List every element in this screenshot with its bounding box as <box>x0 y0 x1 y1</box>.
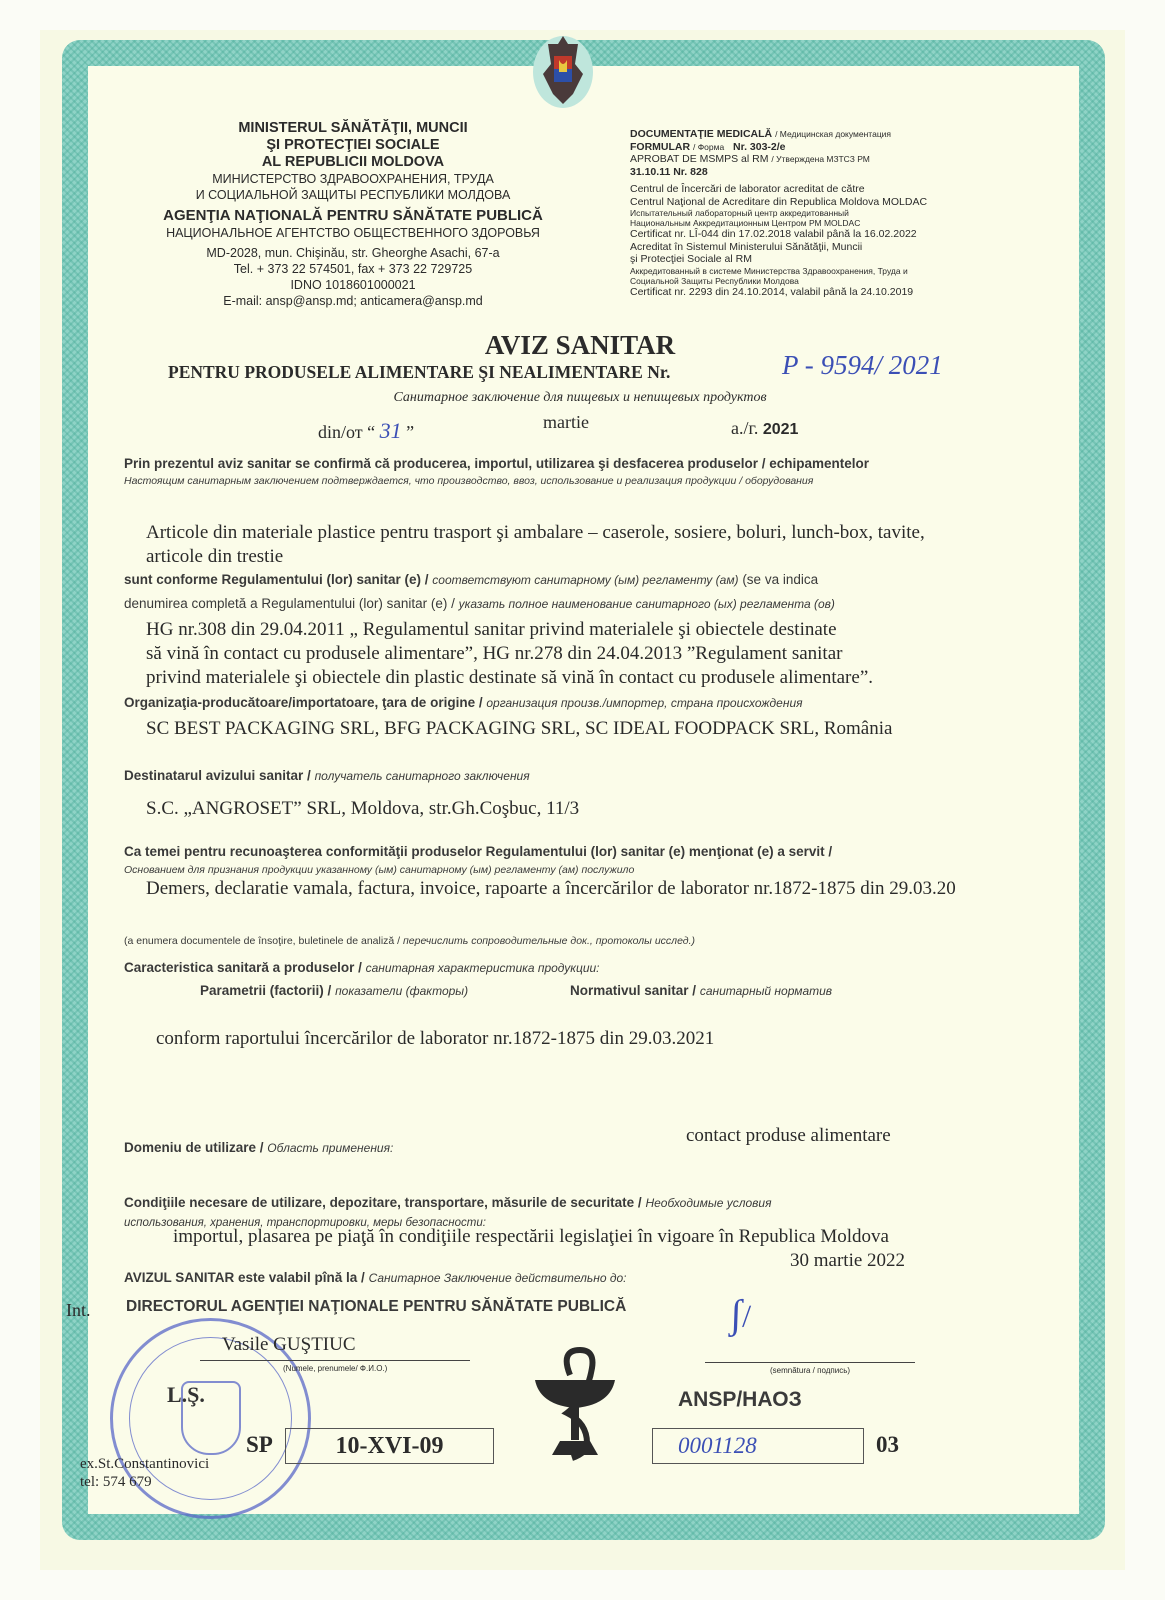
domain-label: Domeniu de utilizare / Область применени… <box>124 1140 393 1155</box>
agency-contacts: MD-2028, mun. Chişinău, str. Gheorghe As… <box>118 245 588 309</box>
producer-value: SC BEST PACKAGING SRL, BFG PACKAGING SRL… <box>146 718 892 740</box>
ministry-name-ro: MINISTERUL SĂNĂTĂŢII, MUNCII ŞI PROTECŢI… <box>118 120 588 171</box>
issuer-header: MINISTERUL SĂNĂTĂŢII, MUNCII ŞI PROTECŢI… <box>118 120 588 309</box>
series-number: 10-XVI-09 <box>336 1433 444 1459</box>
moldova-coat-of-arms-icon <box>533 30 593 110</box>
regulations: HG nr.308 din 29.04.2011 „ Regulamentul … <box>146 618 873 690</box>
products-description-cont: articole din trestie <box>146 546 283 568</box>
products-description: Articole din materiale plastice pentru t… <box>146 522 1076 544</box>
ministry-name-ru: МИНИСТЕРСТВО ЗДРАВООХРАНЕНИЯ, ТРУДА И СО… <box>118 171 588 203</box>
characteristic-label: Caracteristica sanitară a produselor / с… <box>124 960 600 975</box>
valid-until-label: AVIZUL SANITAR este valabil pînă la / Са… <box>124 1270 626 1285</box>
ansp-code: ANSP/НАОЗ <box>678 1388 802 1412</box>
form-number: Nr. 303-2/e <box>733 141 786 153</box>
director-title: DIRECTORUL AGENŢIEI NAŢIONALE PENTRU SĂN… <box>126 1298 626 1316</box>
domain-value: contact produse alimentare <box>686 1125 891 1147</box>
basis-label: Ca temei pentru recunoaşterea conformită… <box>124 844 1054 859</box>
conformity-label-2: denumirea completă a Regulamentului (lor… <box>124 596 1054 611</box>
director-name: Vasile GUŞTIUC <box>222 1334 356 1356</box>
recipient-value: S.C. „ANGROSET” SRL, Moldova, str.Gh.Coş… <box>146 798 579 820</box>
stamp-ls-label: L.Ş. <box>167 1382 205 1408</box>
issue-month: martie <box>543 412 589 433</box>
int-mark: Int. <box>66 1300 91 1321</box>
characteristic-value: conform raportului încercărilor de labor… <box>156 1028 714 1050</box>
confirm-label-ru: Настоящим санитарным заключением подтвер… <box>124 475 1044 487</box>
issue-year: 2021 <box>763 421 799 438</box>
certificate-number: P - 9594/ 2021 <box>782 350 943 381</box>
document-title: AVIZ SANITAR <box>380 330 780 361</box>
conditions-label: Condiţiile necesare de utilizare, depozi… <box>124 1195 1054 1210</box>
issue-day: 31 <box>380 418 402 443</box>
valid-until-value: 30 martie 2022 <box>790 1250 905 1272</box>
producer-label: Organizaţia-producătoare/importatoare, ţ… <box>124 695 1054 710</box>
signature-line <box>705 1362 915 1363</box>
enumerate-note: (a enumera documentele de însoţire, bule… <box>124 935 695 947</box>
document-title-ru: Санитарное заключение для пищевых и непи… <box>250 390 910 406</box>
document-subtitle: PENTRU PRODUSELE ALIMENTARE ŞI NEALIMENT… <box>168 362 670 383</box>
form-metadata: DOCUMENTAŢIE MEDICALĂ / Медицинская доку… <box>630 128 1010 298</box>
name-caption: (Numele, prenumele/ Ф.И.О.) <box>283 1364 387 1373</box>
issue-date: din/от “ 31 ” martie a./г. 2021 <box>318 418 838 444</box>
series-prefix: SP <box>246 1432 273 1458</box>
basis-label-ru: Основанием для признания продукции указа… <box>124 864 634 876</box>
conditions-value: importul, plasarea pe piaţă în condiţiil… <box>173 1226 889 1248</box>
agency-name-ro: AGENŢIA NAŢIONALĂ PENTRU SĂNĂTATE PUBLIC… <box>118 206 588 226</box>
conformity-label: sunt conforme Regulamentului (lor) sanit… <box>124 572 1054 587</box>
serial-suffix: 03 <box>876 1432 899 1458</box>
recipient-label: Destinatarul avizului sanitar / получате… <box>124 768 1054 783</box>
norm-header: Normativul sanitar / санитарный норматив <box>570 983 832 998</box>
bowl-of-hygieia-icon <box>530 1345 620 1465</box>
basis-value: Demers, declaratie vamala, factura, invo… <box>146 878 956 900</box>
name-line <box>200 1360 470 1361</box>
executor-phone: tel: 574 679 <box>80 1474 152 1491</box>
parameters-header: Parametrii (factorii) / показатели (факт… <box>200 983 468 998</box>
agency-name-ru: НАЦИОНАЛЬНОЕ АГЕНТСТВО ОБЩЕСТВЕННОГО ЗДО… <box>118 226 588 241</box>
signature-caption: (semnătura / подпись) <box>770 1366 850 1375</box>
serial-number: 0001128 <box>678 1433 757 1458</box>
executor-name: ex.St.Constantinovici <box>80 1456 209 1473</box>
confirm-label: Prin prezentul aviz sanitar se confirmă … <box>124 456 1044 471</box>
serial-number-box: 0001128 <box>652 1428 864 1464</box>
series-number-box: 10-XVI-09 <box>285 1428 494 1464</box>
